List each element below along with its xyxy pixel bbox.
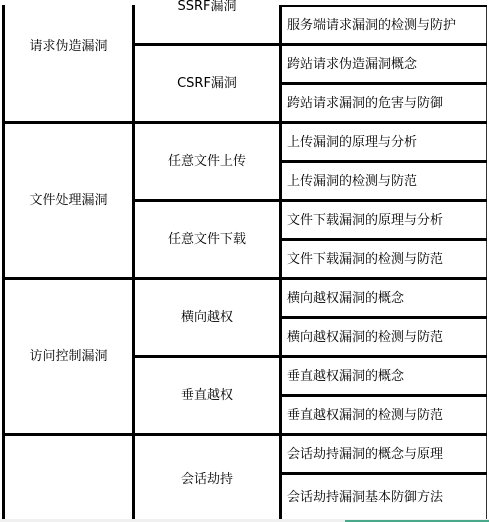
topic-cell: 垂直越权漏洞的概念 <box>282 358 486 394</box>
subcategory-cell: 任意文件下载 <box>135 202 279 277</box>
topic-cell: 跨站请求漏洞的危害与防御 <box>282 85 486 121</box>
subcategory-cell: CSRF漏洞 <box>135 46 279 121</box>
category-cell: 文件处理漏洞 <box>5 124 132 277</box>
topic-cell: 文件下载漏洞的检测与防范 <box>282 241 486 277</box>
topic-cell: 横向越权漏洞的检测与防范 <box>282 319 486 355</box>
topic-cell: 会话劫持漏洞基本防御方法 <box>282 475 486 519</box>
subcategory-cell: 垂直越权 <box>135 358 279 433</box>
subcategory-cell: 任意文件上传 <box>135 124 279 199</box>
subcategory-cell: 会话劫持 <box>135 436 279 522</box>
topic-cell: 文件下载漏洞的原理与分析 <box>282 202 486 238</box>
topic-cell: 上传漏洞的检测与防范 <box>282 163 486 199</box>
category-cell: 访问控制漏洞 <box>5 280 132 433</box>
topic-cell: 服务端请求漏洞的检测与防护 <box>282 7 486 43</box>
subcategory-cell: 横向越权 <box>135 280 279 355</box>
topic-cell: 横向越权漏洞的概念 <box>282 280 486 316</box>
topic-cell: 会话劫持漏洞的概念与原理 <box>282 436 486 472</box>
category-cell: 请求伪造漏洞 <box>5 24 132 68</box>
topic-cell: 垂直越权漏洞的检测与防范 <box>282 397 486 433</box>
category-cell <box>5 436 132 522</box>
topic-cell: 跨站请求伪造漏洞概念 <box>282 46 486 82</box>
topic-cell: 上传漏洞的原理与分析 <box>282 124 486 160</box>
subcategory-cell: SSRF漏洞 <box>135 0 279 16</box>
